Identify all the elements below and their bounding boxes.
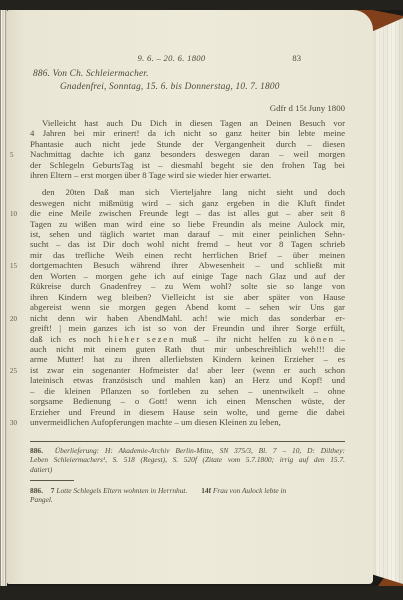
text-line: ihren Kindern weg bleiben? Vielleicht is…: [30, 292, 345, 302]
left-page-edges: [0, 0, 7, 600]
apparatus-text-segment: 14f: [201, 486, 211, 495]
apparatus-rule: [30, 480, 74, 481]
text-line: 30unvermeidlichen Aufopferungen machte –…: [30, 417, 345, 427]
letter-text: ist, sehen und täglich wartet man darauf…: [30, 229, 345, 239]
text-line: ihren Eltern – erst morgen über 8 Tage w…: [30, 170, 345, 180]
letter-text: die eine Meile zwischen Freunde legt – d…: [30, 208, 345, 218]
apparatus-section: 886. Überlieferung: H: Akademie-Archiv B…: [30, 441, 345, 504]
line-number: 15: [10, 261, 17, 271]
text-line: den 20ten Daß man sich Vierteljahre lang…: [30, 187, 345, 197]
running-header: 9. 6. – 20. 6. 1800 83: [30, 53, 345, 65]
text-line: 20nicht denn wir haben AbendMahl. ach! w…: [30, 313, 345, 323]
text-line: Rükreise durch Gnadenfrey – zu Wem wohl?…: [30, 281, 345, 291]
letter-text: deswegen nicht mißmütig wird – sich ganz…: [30, 198, 345, 208]
text-line: mir das trefliche Weib einen recht herrl…: [30, 250, 345, 260]
photo-background-top: [0, 0, 403, 10]
letter-text: auch nicht mit einem guten Rath thut mir…: [30, 344, 345, 354]
letter-place-date-heading: Gnadenfrei, Sonntag, 15. 6. bis Donnerst…: [60, 82, 280, 92]
photo-background-bottom: [0, 586, 403, 600]
letter-text: daß ich es noch h i e h e r s e z e n mu…: [30, 334, 345, 344]
letter-body-flow: Vielleicht hast auch Du Dich in diesen T…: [30, 118, 345, 504]
letter-text: abgereist wenn sie morgen gegen Abend ko…: [30, 302, 345, 312]
text-line: 25ist zwar ein sogenanter Hofmeister da!…: [30, 365, 345, 375]
apparatus-text-segment: Überlieferung: H: Akademie-Archiv Berlin…: [55, 446, 345, 455]
text-line: Vielleicht hast auch Du Dich in diesen T…: [30, 118, 345, 128]
apparatus-text-segment: Pangel.: [30, 495, 53, 504]
page-number: 83: [292, 53, 301, 63]
line-number: 10: [10, 209, 17, 219]
apparatus-line: Leben Schleiermachers¹, S. 518 (Regest),…: [30, 455, 345, 464]
text-line: Erzieher und Freund in diesem Hause sein…: [30, 407, 345, 417]
letter-text: mir das trefliche Weib einen recht herrl…: [30, 250, 345, 260]
text-column: 9. 6. – 20. 6. 1800 83 886. Von Ch. Schl…: [30, 10, 345, 584]
text-line: abgereist wenn sie morgen gegen Abend ko…: [30, 302, 345, 312]
letter-text: nicht denn wir haben AbendMahl. ach! wie…: [30, 313, 345, 323]
apparatus-line: 886. Überlieferung: H: Akademie-Archiv B…: [30, 446, 345, 455]
letter-text: – die kleinen Pflanzen so fortleben zu s…: [30, 386, 345, 396]
letter-text: greift! | mein ganzes ich ist so von der…: [30, 323, 345, 333]
letter-text: ist zwar ein sogenanter Hofmeister da! a…: [30, 365, 345, 375]
letter-dateline: Gdfr d 15t Juny 1800: [30, 103, 345, 113]
letter-text: der Schlegeln GeburtsTag ist – diesmahl …: [30, 160, 345, 170]
line-number: 20: [10, 314, 17, 324]
letter-text: Tagen zu wißen man wird eine so liebe Fr…: [30, 219, 345, 229]
apparatus-text-segment: datiert): [30, 465, 52, 474]
text-line: ist, sehen und täglich wartet man darauf…: [30, 229, 345, 239]
letter-text: den 20ten Daß man sich Vierteljahre lang…: [42, 187, 345, 197]
apparatus-text-segment: 886.: [30, 486, 43, 495]
letter-text: Rükreise durch Gnadenfrey – zu Wem wohl?…: [30, 281, 345, 291]
text-line: lateinisch etwas französisch und mahlen …: [30, 375, 345, 385]
text-line: auch nicht mit einem guten Rath thut mir…: [30, 344, 345, 354]
page-stack-fore-edge: [371, 18, 403, 584]
apparatus-rule: [30, 441, 345, 442]
apparatus-text-segment: 7: [51, 486, 55, 495]
letter-text: sucht – das ist Dir doch wohl nicht frem…: [30, 239, 345, 249]
text-line: 10die eine Meile zwischen Freunde legt –…: [30, 208, 345, 218]
letter-heading: 886. Von Ch. Schleiermacher.: [33, 69, 149, 79]
text-line: daß ich es noch h i e h e r s e z e n mu…: [30, 334, 345, 344]
apparatus-text-segment: Leben Schleiermachers¹, S. 518 (Regest),…: [30, 455, 345, 464]
page: 9. 6. – 20. 6. 1800 83 886. Von Ch. Schl…: [7, 10, 373, 584]
text-line: der Schlegeln GeburtsTag ist – diesmahl …: [30, 160, 345, 170]
apparatus-line: datiert): [30, 465, 345, 474]
text-line: 5Nachmittag dachte ich ganz besonders de…: [30, 149, 345, 159]
line-number: 25: [10, 366, 17, 376]
scanned-book-page: 9. 6. – 20. 6. 1800 83 886. Von Ch. Schl…: [0, 0, 403, 600]
letter-body: Vielleicht hast auch Du Dich in diesen T…: [30, 118, 345, 428]
letter-text: Vielleicht hast auch Du Dich in diesen T…: [42, 118, 345, 128]
apparatus-text-segment: 886.: [30, 446, 43, 455]
letter-text: ihren Eltern – erst morgen über 8 Tage w…: [30, 170, 271, 180]
letter-text: sorgsame Bedienung – o Gott! wenn ich ei…: [30, 396, 345, 406]
text-line: deswegen nicht mißmütig wird – sich ganz…: [30, 198, 345, 208]
line-number: 30: [10, 418, 17, 428]
text-line: den Worten – morgen gehe ich auf einige …: [30, 271, 345, 281]
letter-text: Erzieher und Freund in diesem Hause sein…: [30, 407, 345, 417]
letter-text: Phantasie auch nicht jede Stunde der Ver…: [30, 139, 345, 149]
letter-text: 4 Jahren bei mir erinert! da ich nicht s…: [30, 128, 345, 138]
text-line: arme Mutter! hat zu ihren allerliebsten …: [30, 354, 345, 364]
letter-text: dortgemachten Besuch während ihrer Abwes…: [30, 260, 345, 270]
apparatus-text-segment: Frau von Aulock lebte in: [213, 486, 286, 495]
text-line: – die kleinen Pflanzen so fortleben zu s…: [30, 386, 345, 396]
text-line: 4 Jahren bei mir erinert! da ich nicht s…: [30, 128, 345, 138]
letter-text: arme Mutter! hat zu ihren allerliebsten …: [30, 354, 345, 364]
letter-text: lateinisch etwas französisch und mahlen …: [30, 375, 345, 385]
running-header-date-range: 9. 6. – 20. 6. 1800: [14, 53, 329, 63]
letter-text: Nachmittag dachte ich ganz besonders des…: [30, 149, 345, 159]
text-line: greift! | mein ganzes ich ist so von der…: [30, 323, 345, 333]
letter-text: den Worten – morgen gehe ich auf einige …: [30, 271, 345, 281]
text-line: sucht – das ist Dir doch wohl nicht frem…: [30, 239, 345, 249]
text-line: Phantasie auch nicht jede Stunde der Ver…: [30, 139, 345, 149]
apparatus-text-segment: Lotte Schlegels Eltern wohnten in Herrnh…: [56, 486, 187, 495]
letter-text: ihren Kindern weg bleiben? Vielleicht is…: [30, 292, 345, 302]
text-line: 15dortgemachten Besuch während ihrer Abw…: [30, 260, 345, 270]
text-line: Tagen zu wißen man wird eine so liebe Fr…: [30, 219, 345, 229]
text-line: sorgsame Bedienung – o Gott! wenn ich ei…: [30, 396, 345, 406]
line-number: 5: [10, 150, 14, 160]
apparatus-line: Pangel.: [30, 495, 345, 504]
apparatus-line: 886. 7 Lotte Schlegels Eltern wohnten in…: [30, 486, 345, 495]
letter-text: unvermeidlichen Aufopferungen machte – u…: [30, 417, 281, 427]
